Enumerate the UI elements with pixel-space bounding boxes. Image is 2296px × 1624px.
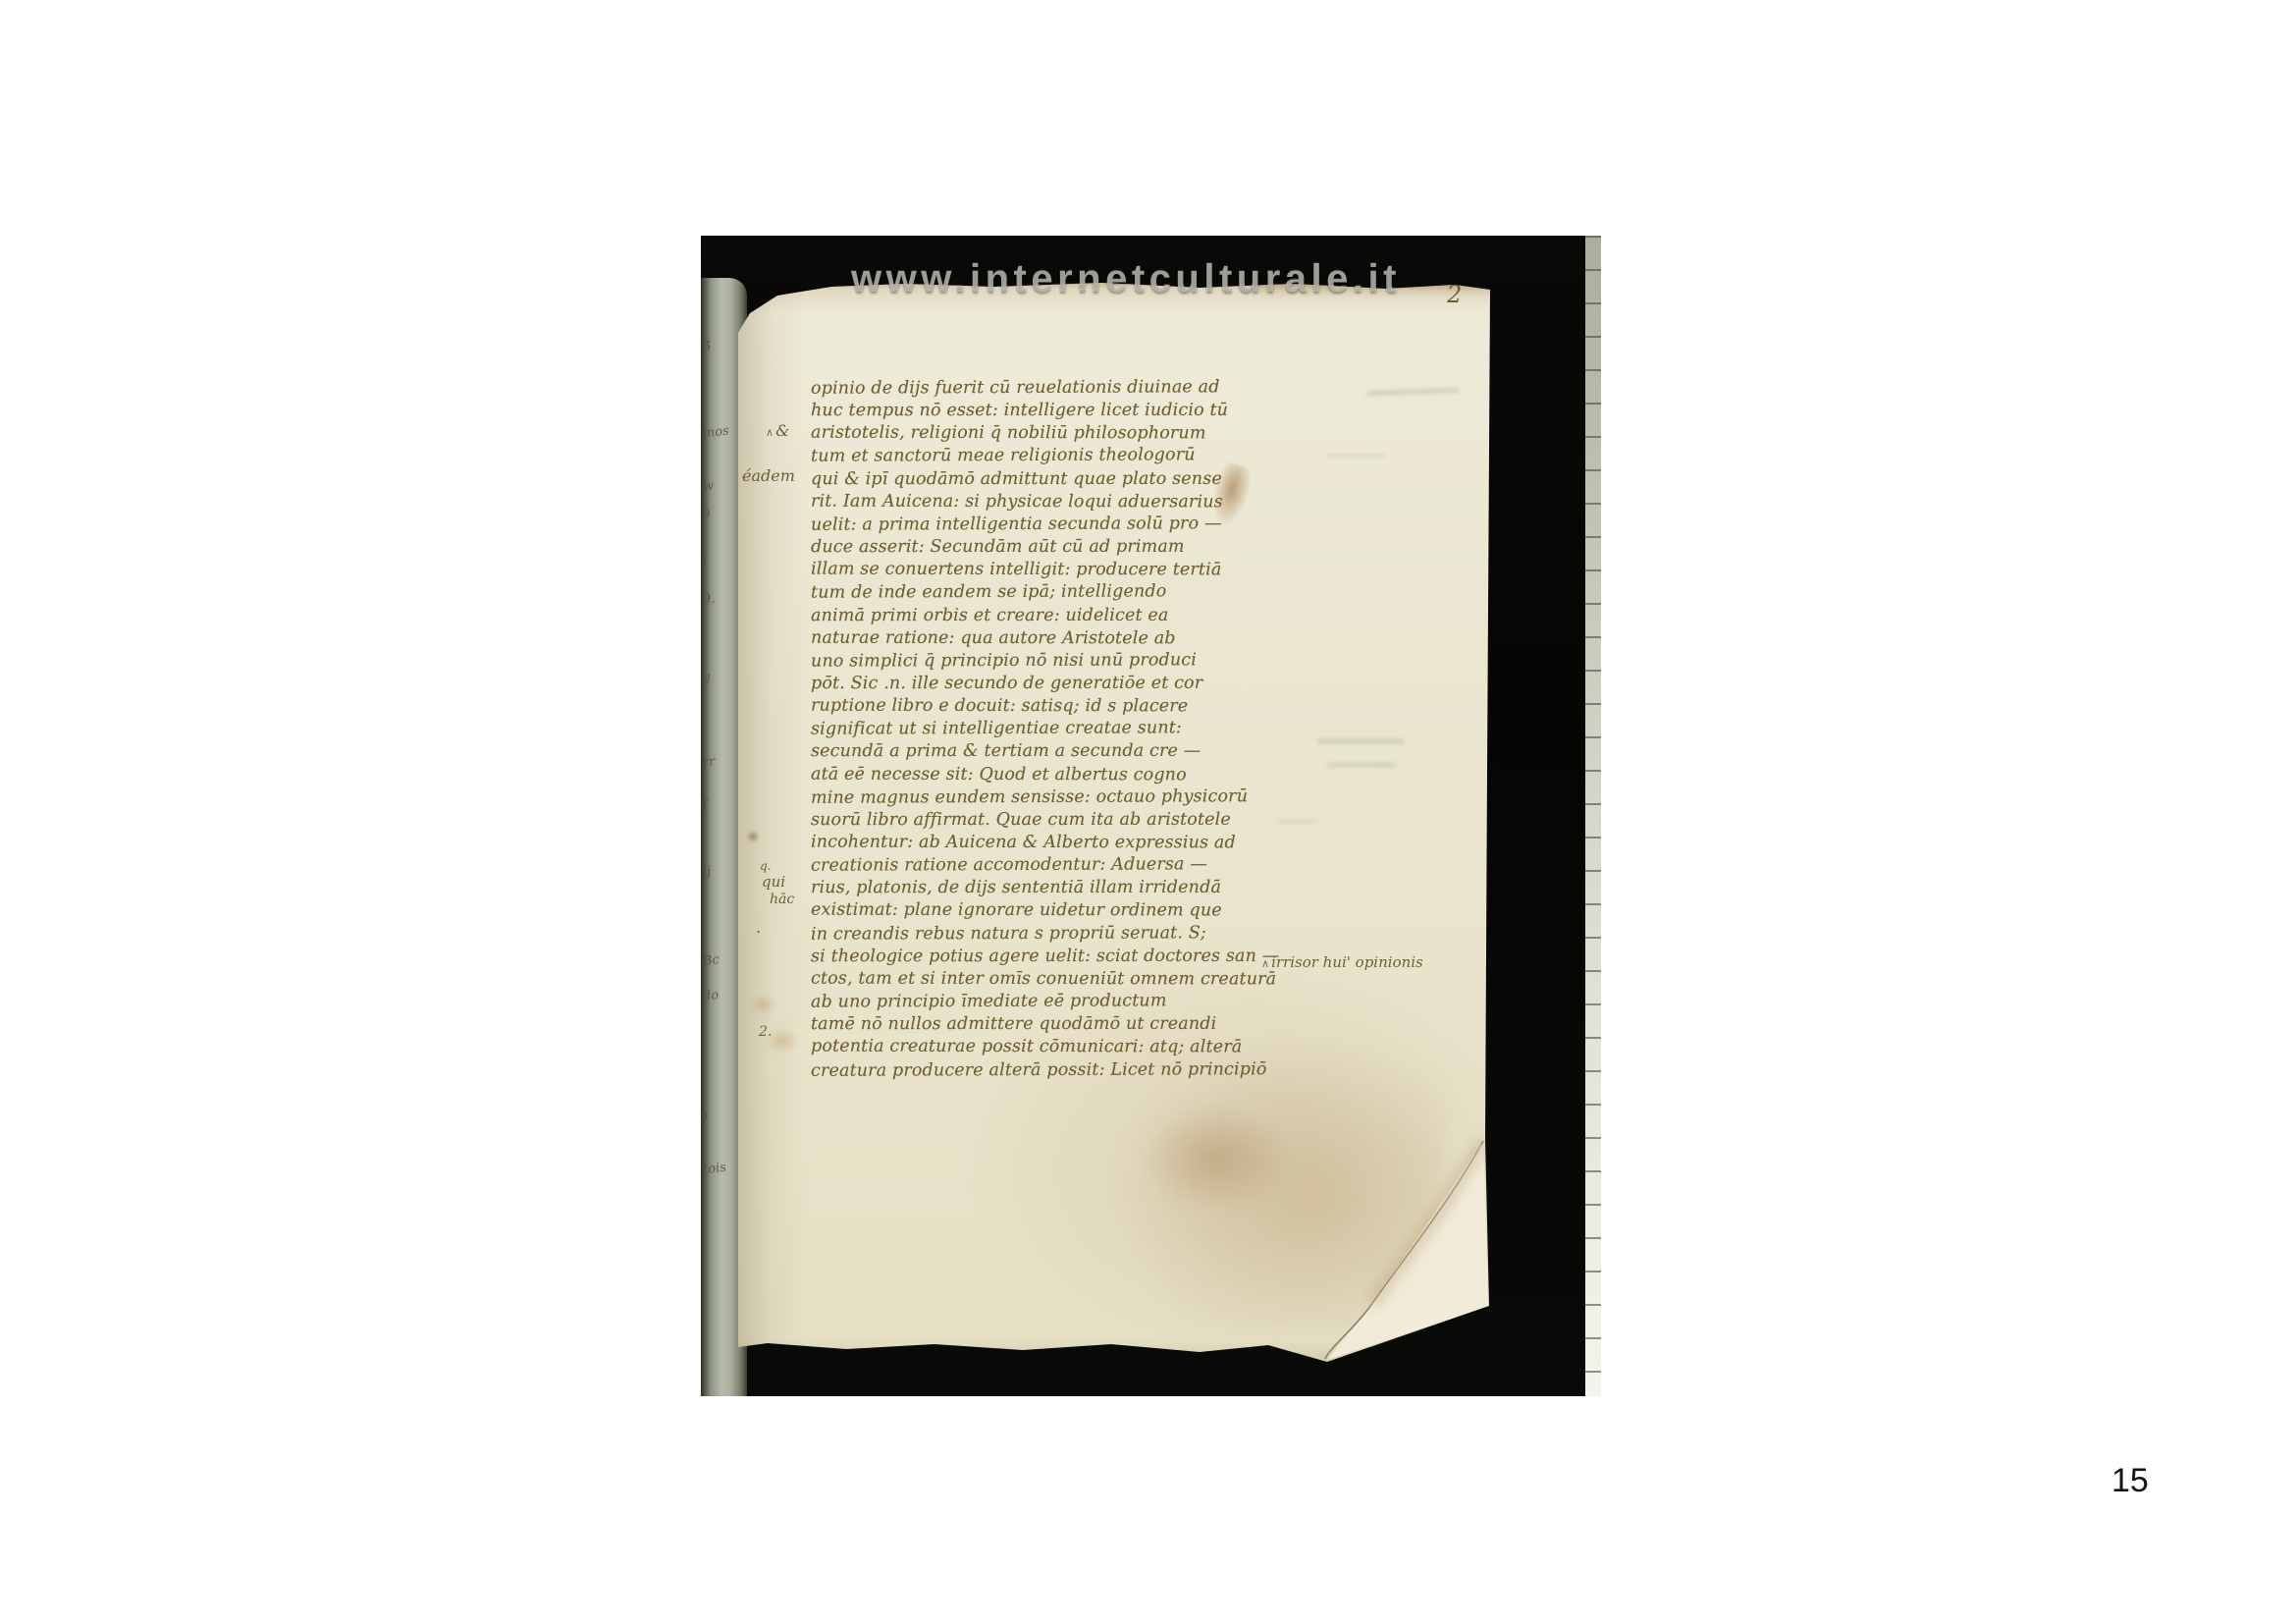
manuscript-text-line: creatura producere alterā possit: Licet … xyxy=(811,1059,1267,1081)
gutter-writing-fragment: mos xyxy=(702,423,729,441)
manuscript-photo: ʒmoswɔi9.yrrſijBcdo)tois opinio de dijs … xyxy=(701,236,1601,1396)
manuscript-text-line: duce asserit: Secundām aūt cū ad primam xyxy=(811,537,1185,557)
manuscript-text-line: ctos, tam et si inter omīs conueniūt omn… xyxy=(811,968,1276,989)
manuscript-text-line: huc tempus nō esset: intelligere licet i… xyxy=(811,401,1228,420)
folio-number: 2 xyxy=(1447,281,1462,308)
manuscript-text-line: tamē nō nullos admittere quodāmō ut crea… xyxy=(811,1014,1216,1034)
caret-mark: ∧ xyxy=(766,426,774,439)
manuscript-text-line: atā eē necesse sit: Quod et albertus cog… xyxy=(811,764,1187,785)
manuscript-text-line: tum et sanctorū meae religionis theologo… xyxy=(811,446,1196,466)
manuscript-text-line: incohentur: ab Auicena & Alberto express… xyxy=(811,833,1236,853)
margin-note: 2. xyxy=(759,1024,772,1040)
manuscript-text-line: ruptione libro e docuit: satisq; id s pl… xyxy=(811,696,1188,717)
gutter-writing-fragment: 9. xyxy=(702,591,716,607)
gutter-writing-fragment: i xyxy=(702,553,708,568)
manuscript-text-line: animā primi orbis et creare: uidelicet e… xyxy=(811,605,1168,624)
manuscript-text-line: existimat: plane ignorare uidetur ordine… xyxy=(811,900,1222,921)
margin-note: . xyxy=(756,918,761,937)
gutter-writing-fragment: do xyxy=(702,988,720,1004)
manuscript-text-line: pōt. Sic .n. ille secundo de generatiōe … xyxy=(811,674,1202,693)
manuscript-text-block: opinio de dijs fuerit cū reuelationis di… xyxy=(738,280,1490,1365)
manuscript-text-line: qui & ipī quodāmō admittunt quae plato s… xyxy=(811,468,1222,488)
manuscript-text-line: rit. Iam Auicena: si physicae loqui adue… xyxy=(811,491,1223,512)
manuscript-text-line: secundā a prima & tertiam a secunda cre … xyxy=(811,741,1201,761)
gutter-writing-fragment: y xyxy=(702,671,711,686)
manuscript-text-line: tum de inde eandem se ipā; intelligendo xyxy=(811,582,1166,603)
watermark-text: www.internetculturale.it xyxy=(851,257,1401,301)
manuscript-text-line: significat ut si intelligentiae creatae … xyxy=(811,719,1182,739)
gutter-writing-fragment: ſ xyxy=(702,798,709,813)
gutter-writing-fragment: ɔ xyxy=(702,506,711,521)
margin-note: ∧& xyxy=(766,421,789,440)
gutter-writing-fragment: Bc xyxy=(702,952,721,969)
gutter-writing-fragment: tois xyxy=(702,1161,727,1178)
manuscript-text-line: suorū libro affirmat. Quae cum ita ab ar… xyxy=(811,810,1231,830)
manuscript-text-line: uelit: a prima intelligentia secunda sol… xyxy=(811,514,1222,534)
page-number: 15 xyxy=(2111,1462,2149,1500)
manuscript-text-line: potentia creaturae possit cōmunicari: at… xyxy=(811,1037,1242,1057)
gutter-writing-fragment: ij xyxy=(702,865,712,881)
ruler-strip xyxy=(1585,236,1601,1396)
manuscript-text-line: uno simplici q̄ principio nō nisi unū pr… xyxy=(811,650,1197,671)
gutter-writing-fragment: ʒ xyxy=(702,337,711,352)
manuscript-text-line: creationis ratione accomodentur: Aduersa… xyxy=(811,854,1207,875)
manuscript-text-line: aristotelis, religioni q̄ nobiliū philos… xyxy=(811,423,1206,444)
manuscript-text-line: illam se conuertens intelligit: producer… xyxy=(811,560,1222,580)
manuscript-page: opinio de dijs fuerit cū reuelationis di… xyxy=(738,280,1490,1365)
manuscript-text-line: ab uno principio īmediate eē productum xyxy=(811,991,1167,1011)
manuscript-text-line: opinio de dijs fuerit cū reuelationis di… xyxy=(811,377,1220,398)
manuscript-text-line: in creandis rebus natura s propriū serua… xyxy=(811,923,1206,944)
caret-mark: ∧ xyxy=(1261,957,1269,970)
margin-note: qui xyxy=(762,873,785,891)
gutter-writing-fragment: ) xyxy=(702,1110,709,1126)
manuscript-text-line: mine magnus eundem sensisse: octauo phys… xyxy=(811,786,1248,808)
manuscript-text-line: naturae ratione: qua autore Aristotele a… xyxy=(811,627,1176,648)
gutter-writing-fragment: w xyxy=(702,478,715,494)
margin-note: hāc xyxy=(770,892,794,907)
margin-note-right: ∧irrisor hui' opinionis xyxy=(1261,953,1423,971)
manuscript-text-line: si theologice potius agere uelit: sciat … xyxy=(811,947,1279,966)
margin-note: éadem xyxy=(742,466,795,485)
manuscript-text-line: rius, platonis, de dijs sententiā illam … xyxy=(811,878,1221,897)
margin-note: q. xyxy=(760,859,772,873)
gutter-writing-fragment: rr xyxy=(702,754,716,770)
